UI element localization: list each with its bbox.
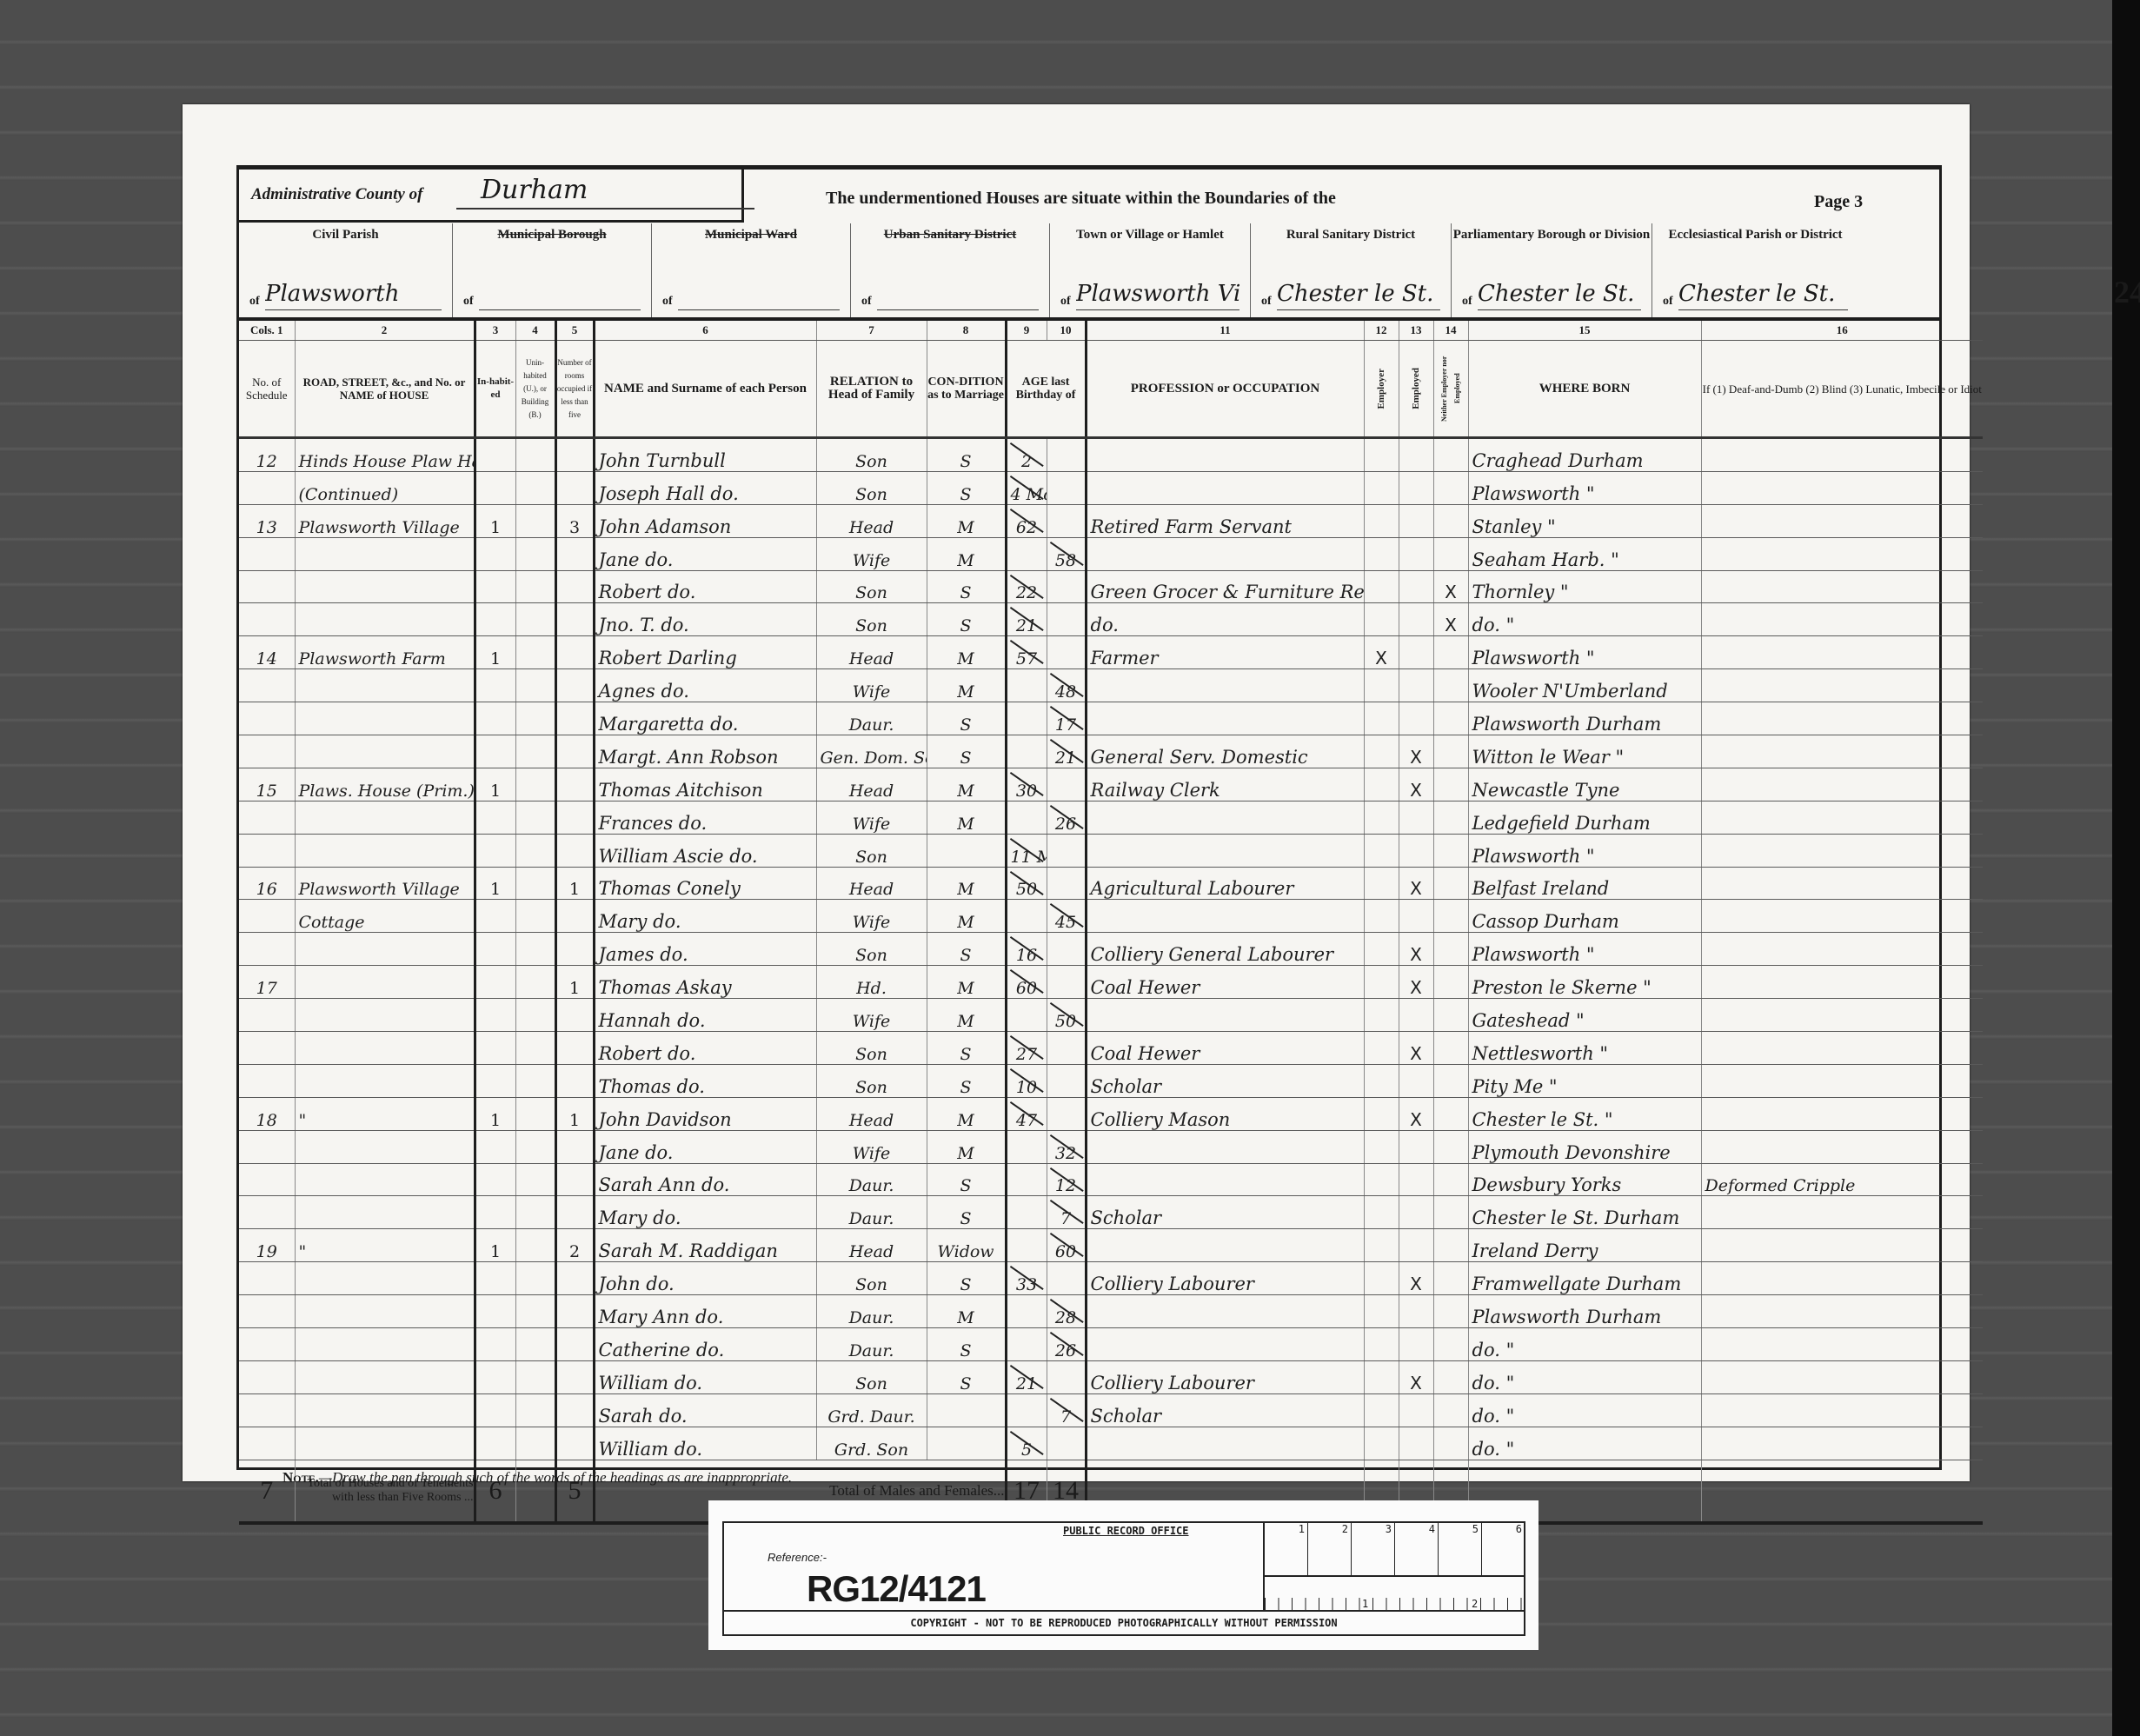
where-born-cell: Ledgefield Durham xyxy=(1468,801,1701,834)
employed-mark xyxy=(1399,834,1433,867)
male-age: 27 xyxy=(1006,1032,1047,1065)
occupation-cell: Railway Clerk xyxy=(1086,768,1364,801)
employer-mark xyxy=(1364,1295,1399,1328)
male-age: 16 xyxy=(1006,933,1047,966)
uninhabited-cell xyxy=(515,966,555,999)
where-born-cell: do. " xyxy=(1468,1328,1701,1361)
uninhabited-cell xyxy=(515,801,555,834)
inhabited-cell: 1 xyxy=(475,1097,515,1130)
employer-mark xyxy=(1364,1032,1399,1065)
where-born-cell: do. " xyxy=(1468,1393,1701,1427)
infirmity-cell xyxy=(1701,999,1983,1032)
uninhabited-cell xyxy=(515,1196,555,1229)
where-born-cell: Pity Me " xyxy=(1468,1064,1701,1097)
female-age xyxy=(1047,933,1086,966)
uninhabited-cell xyxy=(515,768,555,801)
male-age xyxy=(1006,702,1047,735)
rooms-cell xyxy=(555,735,594,768)
uninhabited-cell xyxy=(515,603,555,636)
form-note: Note.—Draw the pen through such of the w… xyxy=(282,1469,792,1487)
table-row: Sarah do.Grd. Daur.7Scholardo. " xyxy=(239,1393,1983,1427)
male-age: 5 xyxy=(1006,1427,1047,1460)
uninhabited-cell xyxy=(515,471,555,504)
relation-cell: Son xyxy=(816,570,927,603)
employer-mark xyxy=(1364,834,1399,867)
relation-cell: Grd. Daur. xyxy=(816,1393,927,1427)
female-age: 12 xyxy=(1047,1163,1086,1196)
relation-cell: Wife xyxy=(816,669,927,702)
employed-mark: X xyxy=(1399,867,1433,900)
employer-mark xyxy=(1364,1328,1399,1361)
schedule-cell xyxy=(239,1196,295,1229)
scale-ruler: 1 2 3 4 5 6 1 2 xyxy=(1263,1523,1525,1610)
person-name: Jane do. xyxy=(594,537,816,570)
uninhabited-cell xyxy=(515,900,555,933)
relation-cell: Daur. xyxy=(816,1328,927,1361)
scan-edge-strip xyxy=(2112,0,2140,1736)
neither-mark xyxy=(1433,1295,1468,1328)
where-born-cell: Framwellgate Durham xyxy=(1468,1262,1701,1295)
employer-mark xyxy=(1364,438,1399,472)
schedule-cell: 17 xyxy=(239,966,295,999)
male-age xyxy=(1006,669,1047,702)
infirmity-cell xyxy=(1701,1130,1983,1163)
ecclesiastical-value: Chester le St. xyxy=(1678,278,1848,310)
uninhabited-cell xyxy=(515,1295,555,1328)
rooms-cell: 2 xyxy=(555,1229,594,1262)
road-cell: " xyxy=(295,1097,475,1130)
female-age xyxy=(1047,1427,1086,1460)
copyright-notice: COPYRIGHT - NOT TO BE REPRODUCED PHOTOGR… xyxy=(724,1610,1524,1634)
header-employed: Employed xyxy=(1399,341,1433,438)
where-born-cell: Newcastle Tyne xyxy=(1468,768,1701,801)
condition-cell: M xyxy=(927,537,1006,570)
employed-mark: X xyxy=(1399,1032,1433,1065)
neither-mark xyxy=(1433,438,1468,472)
occupation-cell xyxy=(1086,537,1364,570)
person-name: Agnes do. xyxy=(594,669,816,702)
condition-cell: M xyxy=(927,768,1006,801)
table-row: Catherine do.Daur.S26do. " xyxy=(239,1328,1983,1361)
infirmity-cell xyxy=(1701,471,1983,504)
person-name: Margaretta do. xyxy=(594,702,816,735)
occupation-cell xyxy=(1086,834,1364,867)
person-name: John do. xyxy=(594,1262,816,1295)
header-infirmity: If (1) Deaf-and-Dumb (2) Blind (3) Lunat… xyxy=(1701,341,1983,438)
inhabited-cell: 1 xyxy=(475,504,515,537)
occupation-cell: Retired Farm Servant xyxy=(1086,504,1364,537)
table-row: William Ascie do.Son11 Mos.Plawsworth " xyxy=(239,834,1983,867)
inhabited-cell xyxy=(475,1163,515,1196)
relation-cell: Head xyxy=(816,867,927,900)
rural-sanitary-value: Chester le St. xyxy=(1277,278,1440,310)
inhabited-cell xyxy=(475,669,515,702)
road-cell xyxy=(295,702,475,735)
inhabited-cell: 1 xyxy=(475,867,515,900)
uninhabited-cell xyxy=(515,1328,555,1361)
occupation-cell: Coal Hewer xyxy=(1086,966,1364,999)
schedule-cell xyxy=(239,801,295,834)
uninhabited-cell xyxy=(515,999,555,1032)
header-age: AGE last Birthday of xyxy=(1006,341,1086,438)
schedule-cell xyxy=(239,669,295,702)
header-road: ROAD, STREET, &c., and No. or NAME of HO… xyxy=(295,341,475,438)
table-row: Robert do.SonS22Green Grocer & Furniture… xyxy=(239,570,1983,603)
rooms-cell xyxy=(555,636,594,669)
where-born-cell: Seaham Harb. " xyxy=(1468,537,1701,570)
occupation-cell xyxy=(1086,702,1364,735)
person-name: Joseph Hall do. xyxy=(594,471,816,504)
road-cell: Plawsworth Farm xyxy=(295,636,475,669)
relation-cell: Son xyxy=(816,1360,927,1393)
condition-cell: S xyxy=(927,1032,1006,1065)
relation-cell: Son xyxy=(816,834,927,867)
male-age: 10 xyxy=(1006,1064,1047,1097)
neither-mark xyxy=(1433,801,1468,834)
district-municipal-ward: Municipal Ward of xyxy=(652,223,851,317)
table-row: Agnes do.WifeM48Wooler N'Umberland xyxy=(239,669,1983,702)
employed-mark xyxy=(1399,1328,1433,1361)
relation-cell: Wife xyxy=(816,537,927,570)
person-name: Mary do. xyxy=(594,1196,816,1229)
infirmity-cell: Deformed Cripple xyxy=(1701,1163,1983,1196)
condition-cell: M xyxy=(927,900,1006,933)
occupation-cell: Farmer xyxy=(1086,636,1364,669)
header-relation: RELATION to Head of Family xyxy=(816,341,927,438)
schedule-cell xyxy=(239,702,295,735)
table-row: Frances do.WifeM26Ledgefield Durham xyxy=(239,801,1983,834)
schedule-cell xyxy=(239,735,295,768)
neither-mark xyxy=(1433,1130,1468,1163)
person-name: Sarah M. Raddigan xyxy=(594,1229,816,1262)
employer-mark xyxy=(1364,801,1399,834)
occupation-cell: Colliery Labourer xyxy=(1086,1262,1364,1295)
road-cell: Plawsworth Village xyxy=(295,867,475,900)
schedule-cell: 12 xyxy=(239,438,295,472)
where-born-cell: Preston le Skerne " xyxy=(1468,966,1701,999)
district-urban-sanitary: Urban Sanitary District of xyxy=(851,223,1050,317)
rooms-cell xyxy=(555,1295,594,1328)
where-born-cell: Plawsworth " xyxy=(1468,636,1701,669)
where-born-cell: Plawsworth " xyxy=(1468,834,1701,867)
county-label: Administrative County of xyxy=(251,185,422,204)
census-rows: 12Hinds House Plaw Hall FarmJohn Turnbul… xyxy=(239,438,1983,1460)
table-row: 12Hinds House Plaw Hall FarmJohn Turnbul… xyxy=(239,438,1983,472)
occupation-cell xyxy=(1086,1229,1364,1262)
inhabited-cell xyxy=(475,1032,515,1065)
employer-mark xyxy=(1364,1196,1399,1229)
table-row: John do.SonS33Colliery LabourerXFramwell… xyxy=(239,1262,1983,1295)
female-age xyxy=(1047,966,1086,999)
neither-mark xyxy=(1433,702,1468,735)
female-age xyxy=(1047,1262,1086,1295)
table-row: Robert do.SonS27Coal HewerXNettlesworth … xyxy=(239,1032,1983,1065)
parliamentary-value: Chester le St. xyxy=(1478,278,1641,310)
condition-cell: S xyxy=(927,1064,1006,1097)
occupation-cell: General Serv. Domestic xyxy=(1086,735,1364,768)
person-name: John Turnbull xyxy=(594,438,816,472)
neither-mark xyxy=(1433,834,1468,867)
employed-mark xyxy=(1399,1163,1433,1196)
road-cell xyxy=(295,735,475,768)
table-row: 14Plawsworth Farm1Robert DarlingHeadM57F… xyxy=(239,636,1983,669)
female-age xyxy=(1047,834,1086,867)
person-name: Thomas do. xyxy=(594,1064,816,1097)
schedule-cell: 15 xyxy=(239,768,295,801)
road-cell xyxy=(295,1393,475,1427)
district-header-row: Civil Parish of Plawsworth Municipal Bor… xyxy=(239,223,1939,321)
relation-cell: Wife xyxy=(816,900,927,933)
occupation-cell xyxy=(1086,1427,1364,1460)
female-age: 21 xyxy=(1047,735,1086,768)
neither-mark xyxy=(1433,966,1468,999)
rooms-cell xyxy=(555,1393,594,1427)
infirmity-cell xyxy=(1701,1427,1983,1460)
employed-mark: X xyxy=(1399,933,1433,966)
occupation-cell: Agricultural Labourer xyxy=(1086,867,1364,900)
neither-mark xyxy=(1433,537,1468,570)
uninhabited-cell xyxy=(515,1229,555,1262)
employed-mark xyxy=(1399,669,1433,702)
neither-mark xyxy=(1433,933,1468,966)
table-row: Sarah Ann do.Daur.S12Dewsbury YorksDefor… xyxy=(239,1163,1983,1196)
rooms-cell xyxy=(555,1032,594,1065)
rooms-cell: 1 xyxy=(555,1097,594,1130)
road-cell xyxy=(295,966,475,999)
inhabited-cell xyxy=(475,933,515,966)
rooms-cell xyxy=(555,1427,594,1460)
sheet-number: 24 xyxy=(2114,274,2140,310)
occupation-cell xyxy=(1086,1163,1364,1196)
male-age: 60 xyxy=(1006,966,1047,999)
inhabited-cell xyxy=(475,570,515,603)
condition-cell: M xyxy=(927,801,1006,834)
condition-cell: S xyxy=(927,570,1006,603)
table-row: 171Thomas AskayHd.M60Coal HewerXPreston … xyxy=(239,966,1983,999)
schedule-cell xyxy=(239,1262,295,1295)
condition-cell: S xyxy=(927,1262,1006,1295)
infirmity-cell xyxy=(1701,768,1983,801)
neither-mark xyxy=(1433,1064,1468,1097)
infirmity-cell xyxy=(1701,438,1983,472)
where-born-cell: Stanley " xyxy=(1468,504,1701,537)
employer-mark xyxy=(1364,669,1399,702)
female-age: 28 xyxy=(1047,1295,1086,1328)
schedule-cell xyxy=(239,834,295,867)
person-name: John Adamson xyxy=(594,504,816,537)
rooms-cell xyxy=(555,1064,594,1097)
relation-cell: Son xyxy=(816,1064,927,1097)
female-age: 58 xyxy=(1047,537,1086,570)
uninhabited-cell xyxy=(515,537,555,570)
rooms-cell xyxy=(555,801,594,834)
inhabited-cell: 1 xyxy=(475,1229,515,1262)
infirmity-cell xyxy=(1701,1064,1983,1097)
rooms-cell xyxy=(555,900,594,933)
male-age xyxy=(1006,900,1047,933)
neither-mark xyxy=(1433,1328,1468,1361)
relation-cell: Head xyxy=(816,636,927,669)
condition-cell: M xyxy=(927,867,1006,900)
male-age: 21 xyxy=(1006,1360,1047,1393)
neither-mark xyxy=(1433,504,1468,537)
employed-mark xyxy=(1399,603,1433,636)
header-employer: Employer xyxy=(1364,341,1399,438)
male-age: 50 xyxy=(1006,867,1047,900)
census-form-frame: Administrative County of Durham The unde… xyxy=(236,165,1942,1470)
relation-cell: Grd. Son xyxy=(816,1427,927,1460)
occupation-cell: Green Grocer & Furniture Remover xyxy=(1086,570,1364,603)
employed-mark xyxy=(1399,1229,1433,1262)
person-name: Catherine do. xyxy=(594,1328,816,1361)
where-born-cell: Gateshead " xyxy=(1468,999,1701,1032)
rooms-cell xyxy=(555,1262,594,1295)
uninhabited-cell xyxy=(515,1097,555,1130)
infirmity-cell xyxy=(1701,1295,1983,1328)
header-neither: Neither Employer nor Employed xyxy=(1433,341,1468,438)
male-age: 47 xyxy=(1006,1097,1047,1130)
neither-mark xyxy=(1433,768,1468,801)
occupation-cell xyxy=(1086,1328,1364,1361)
rooms-cell xyxy=(555,471,594,504)
uninhabited-cell xyxy=(515,636,555,669)
uninhabited-cell xyxy=(515,570,555,603)
person-name: Jno. T. do. xyxy=(594,603,816,636)
where-born-cell: Plawsworth " xyxy=(1468,933,1701,966)
male-age: 11 Mos. xyxy=(1006,834,1047,867)
condition-cell xyxy=(927,1393,1006,1427)
table-row: Jane do.WifeM58Seaham Harb. " xyxy=(239,537,1983,570)
header-name: NAME and Surname of each Person xyxy=(594,341,816,438)
neither-mark xyxy=(1433,735,1468,768)
infirmity-cell xyxy=(1701,900,1983,933)
inhabited-cell xyxy=(475,834,515,867)
male-age: 4 Mos. xyxy=(1006,471,1047,504)
boundaries-text: The undermentioned Houses are situate wi… xyxy=(826,189,1336,209)
infirmity-cell xyxy=(1701,603,1983,636)
infirmity-cell xyxy=(1701,636,1983,669)
employed-mark: X xyxy=(1399,966,1433,999)
person-name: Sarah Ann do. xyxy=(594,1163,816,1196)
schedule-cell: 19 xyxy=(239,1229,295,1262)
infirmity-cell xyxy=(1701,735,1983,768)
where-born-cell: Belfast Ireland xyxy=(1468,867,1701,900)
male-age: 22 xyxy=(1006,570,1047,603)
census-table: Cols. 1 2 3 4 5 6 7 8 9 10 11 12 13 14 1… xyxy=(239,321,1983,1525)
public-record-office-label: PUBLIC RECORD OFFICE xyxy=(1063,1525,1189,1537)
relation-cell: Daur. xyxy=(816,1295,927,1328)
male-age xyxy=(1006,1295,1047,1328)
condition-cell: S xyxy=(927,438,1006,472)
person-name: Hannah do. xyxy=(594,999,816,1032)
uninhabited-cell xyxy=(515,504,555,537)
rooms-cell xyxy=(555,768,594,801)
rooms-cell xyxy=(555,1163,594,1196)
condition-cell: M xyxy=(927,636,1006,669)
road-cell xyxy=(295,1262,475,1295)
male-age xyxy=(1006,1229,1047,1262)
female-age: 45 xyxy=(1047,900,1086,933)
inhabited-cell xyxy=(475,1328,515,1361)
occupation-cell: Colliery Mason xyxy=(1086,1097,1364,1130)
inhabited-cell xyxy=(475,1064,515,1097)
condition-cell: S xyxy=(927,1163,1006,1196)
rooms-cell xyxy=(555,669,594,702)
employed-mark xyxy=(1399,1064,1433,1097)
employed-mark xyxy=(1399,1130,1433,1163)
condition-cell: M xyxy=(927,1097,1006,1130)
where-born-cell: Wooler N'Umberland xyxy=(1468,669,1701,702)
female-age: 48 xyxy=(1047,669,1086,702)
person-name: William Ascie do. xyxy=(594,834,816,867)
female-age xyxy=(1047,504,1086,537)
road-cell: Plaws. House (Prim.) xyxy=(295,768,475,801)
table-row: William do.SonS21Colliery LabourerXdo. " xyxy=(239,1360,1983,1393)
neither-mark xyxy=(1433,1229,1468,1262)
schedule-cell xyxy=(239,471,295,504)
neither-mark xyxy=(1433,1427,1468,1460)
relation-cell: Wife xyxy=(816,1130,927,1163)
employed-mark xyxy=(1399,537,1433,570)
uninhabited-cell xyxy=(515,735,555,768)
infirmity-cell xyxy=(1701,1328,1983,1361)
male-age xyxy=(1006,999,1047,1032)
table-row: James do.SonS16Colliery General Labourer… xyxy=(239,933,1983,966)
relation-cell: Head xyxy=(816,504,927,537)
rooms-cell: 1 xyxy=(555,966,594,999)
district-ecclesiastical: Ecclesiastical Parish or District of Che… xyxy=(1652,223,1858,317)
male-age: 21 xyxy=(1006,603,1047,636)
schedule-cell xyxy=(239,570,295,603)
road-cell xyxy=(295,1032,475,1065)
female-age xyxy=(1047,768,1086,801)
relation-cell: Head xyxy=(816,1229,927,1262)
female-age xyxy=(1047,1097,1086,1130)
neither-mark xyxy=(1433,900,1468,933)
neither-mark xyxy=(1433,1393,1468,1427)
condition-cell: S xyxy=(927,1360,1006,1393)
employed-mark xyxy=(1399,1196,1433,1229)
relation-cell: Head xyxy=(816,768,927,801)
person-name: James do. xyxy=(594,933,816,966)
employer-mark xyxy=(1364,1064,1399,1097)
table-row: Margt. Ann RobsonGen. Dom. Serv.S21Gener… xyxy=(239,735,1983,768)
female-age: 32 xyxy=(1047,1130,1086,1163)
rooms-cell xyxy=(555,438,594,472)
road-cell xyxy=(295,1427,475,1460)
inhabited-cell xyxy=(475,1393,515,1427)
employer-mark xyxy=(1364,537,1399,570)
condition-cell: Widow xyxy=(927,1229,1006,1262)
relation-cell: Hd. xyxy=(816,966,927,999)
inhabited-cell: 1 xyxy=(475,768,515,801)
where-born-cell: do. " xyxy=(1468,1427,1701,1460)
relation-cell: Son xyxy=(816,1032,927,1065)
neither-mark xyxy=(1433,867,1468,900)
infirmity-cell xyxy=(1701,504,1983,537)
where-born-cell: do. " xyxy=(1468,603,1701,636)
condition-cell: M xyxy=(927,1295,1006,1328)
road-cell xyxy=(295,1130,475,1163)
rooms-cell xyxy=(555,999,594,1032)
where-born-cell: Plymouth Devonshire xyxy=(1468,1130,1701,1163)
neither-mark xyxy=(1433,1032,1468,1065)
employed-mark: X xyxy=(1399,1360,1433,1393)
employed-mark: X xyxy=(1399,1097,1433,1130)
infirmity-cell xyxy=(1701,1196,1983,1229)
census-page: 24 Administrative County of Durham The u… xyxy=(183,104,1970,1481)
relation-cell: Son xyxy=(816,933,927,966)
